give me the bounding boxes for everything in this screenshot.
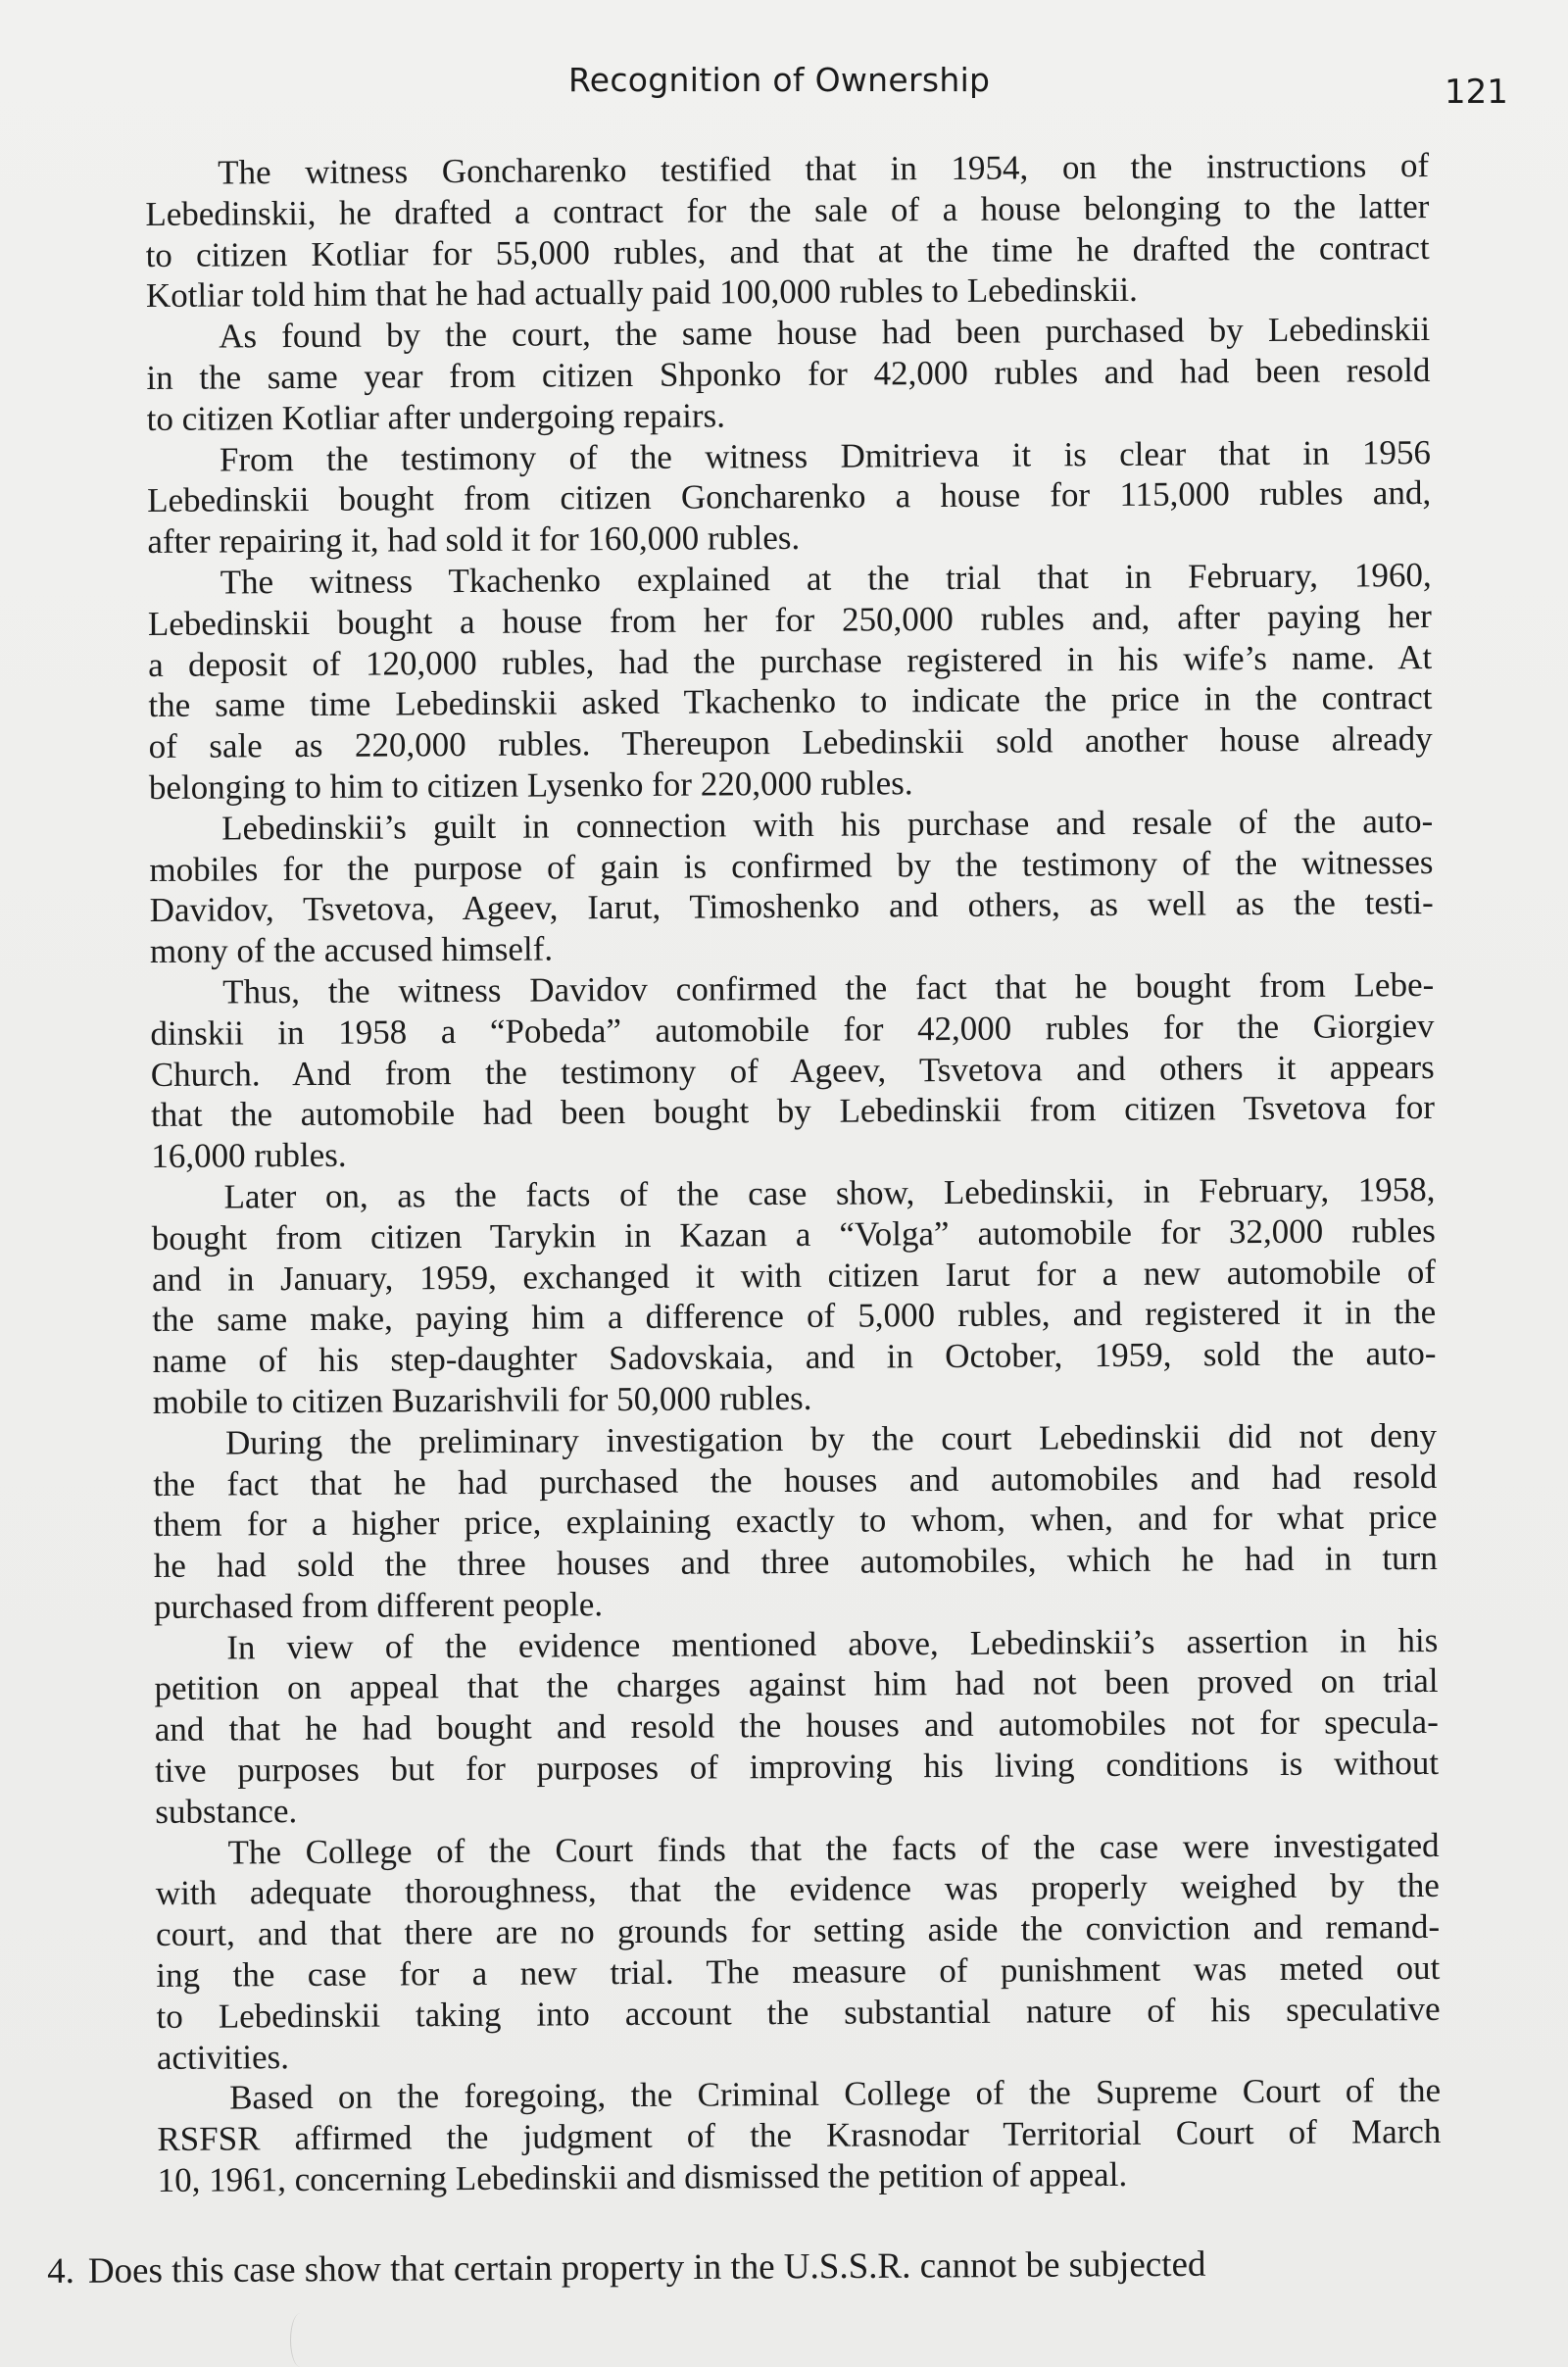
text-line: that the automobile had been bought by L… (151, 1087, 1435, 1136)
page-number: 121 (1445, 73, 1508, 112)
paragraph: As found by the court, the same house ha… (146, 309, 1431, 439)
text-line: RSFSR affirmed the judgment of the Krasn… (157, 2111, 1441, 2160)
text-line: Davidov, Tsvetova, Ageev, Iarut, Timoshe… (150, 882, 1434, 931)
question-text: Does this case show that certain propert… (88, 2244, 1206, 2292)
paragraph: Later on, as the facts of the case show,… (151, 1169, 1437, 1423)
question-item: 4.Does this case show that certain prope… (47, 2242, 1468, 2293)
text-line: During the preliminary investigation by … (153, 1415, 1437, 1464)
text-line: in the same year from citizen Shponko fo… (146, 350, 1430, 399)
text-line: Lebedinskii’s guilt in connection with h… (149, 801, 1433, 850)
paragraph: Thus, the witness Davidov confirmed the … (150, 964, 1435, 1177)
text-line: to citizen Kotliar for 55,000 rubles, an… (146, 227, 1430, 276)
text-line: Lebedinskii bought a house from her for … (148, 596, 1432, 645)
pencil-mark (290, 2313, 311, 2367)
paragraph: The witness Tkachenko explained at the t… (148, 555, 1434, 809)
body-text: The witness Goncharenko testified that i… (145, 145, 1442, 2201)
text-line: of sale as 220,000 rubles. Thereupon Leb… (149, 718, 1433, 767)
scanned-book-page: Recognition of Ownership 121 The witness… (0, 0, 1568, 2367)
text-line: dinskii in 1958 a “Pobeda” automobile fo… (150, 1006, 1434, 1055)
paragraph: Lebedinskii’s guilt in connection with h… (149, 801, 1434, 972)
text-line: he had sold the three houses and three a… (154, 1538, 1438, 1587)
text-line: bought from citizen Tarykin in Kazan a “… (152, 1210, 1436, 1259)
text-line: 10, 1961, concerning Lebedinskii and dis… (158, 2152, 1442, 2201)
text-line: Lebedinskii bought from citizen Gonchare… (147, 472, 1431, 521)
paragraph: From the testimony of the witness Dmitri… (147, 432, 1432, 563)
text-line: Lebedinskii, he drafted a contract for t… (145, 186, 1429, 235)
paragraph: The College of the Court finds that the … (155, 1825, 1441, 2079)
paragraph: During the preliminary investigation by … (153, 1415, 1438, 1628)
text-line: tive purposes but for purposes of improv… (155, 1743, 1439, 1792)
text-line: name of his step-daughter Sadovskaia, an… (152, 1333, 1436, 1382)
paragraph: In view of the evidence mentioned above,… (154, 1620, 1439, 1833)
question-number: 4. (47, 2251, 74, 2292)
running-head-title: Recognition of Ownership (568, 61, 990, 99)
text-line: to Lebedinskii taking into account the s… (156, 1989, 1440, 2038)
paragraph: Based on the foregoing, the Criminal Col… (157, 2070, 1442, 2200)
paragraph: The witness Goncharenko testified that i… (145, 145, 1430, 317)
